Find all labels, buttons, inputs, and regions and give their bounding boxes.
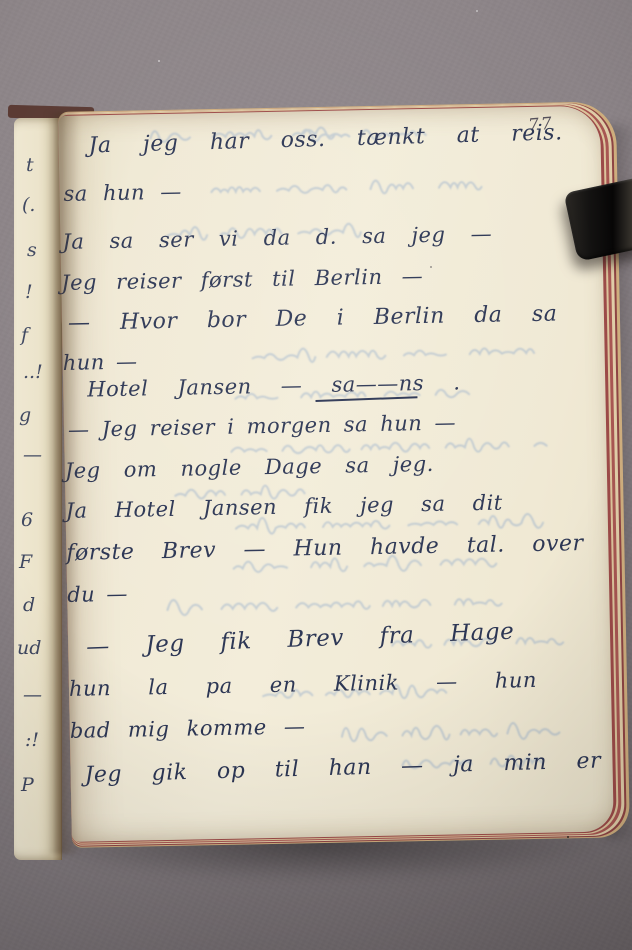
left-page-stroke: !: [25, 281, 33, 303]
left-page-stroke: t: [26, 154, 34, 176]
left-page-stroke: :!: [25, 729, 39, 751]
left-page-stroke: —: [23, 444, 42, 466]
photo-of-notebook: t (. s ! f ..! g — 6 F d ud — :! P 77 Ja…: [0, 0, 632, 950]
left-page-stroke: s: [27, 239, 37, 261]
left-page-stroke: ..!: [23, 361, 43, 383]
left-page-stroke: P: [21, 774, 34, 796]
dust-speck: [158, 60, 160, 62]
left-page-stroke: f: [21, 324, 28, 346]
left-page-stroke: d: [23, 594, 35, 616]
dust-speck: [476, 10, 478, 12]
dust-speck: [567, 836, 569, 838]
notebook-page: 77 Ja jeg har oss. tænkt at reis. sa hun…: [58, 106, 614, 842]
left-page-stroke: 6: [21, 509, 33, 531]
left-page-stroke: —: [23, 684, 42, 706]
left-page-stroke: ud: [17, 637, 41, 659]
left-page-stroke: (.: [22, 194, 35, 216]
handwritten-line: bad mig komme —: [70, 714, 306, 743]
dust-speck: [430, 266, 432, 268]
left-page-stroke: g: [19, 404, 31, 426]
handwritten-line: sa hun —: [63, 180, 182, 206]
gutter-shadow: [46, 112, 80, 854]
left-page-stroke: F: [19, 551, 32, 573]
